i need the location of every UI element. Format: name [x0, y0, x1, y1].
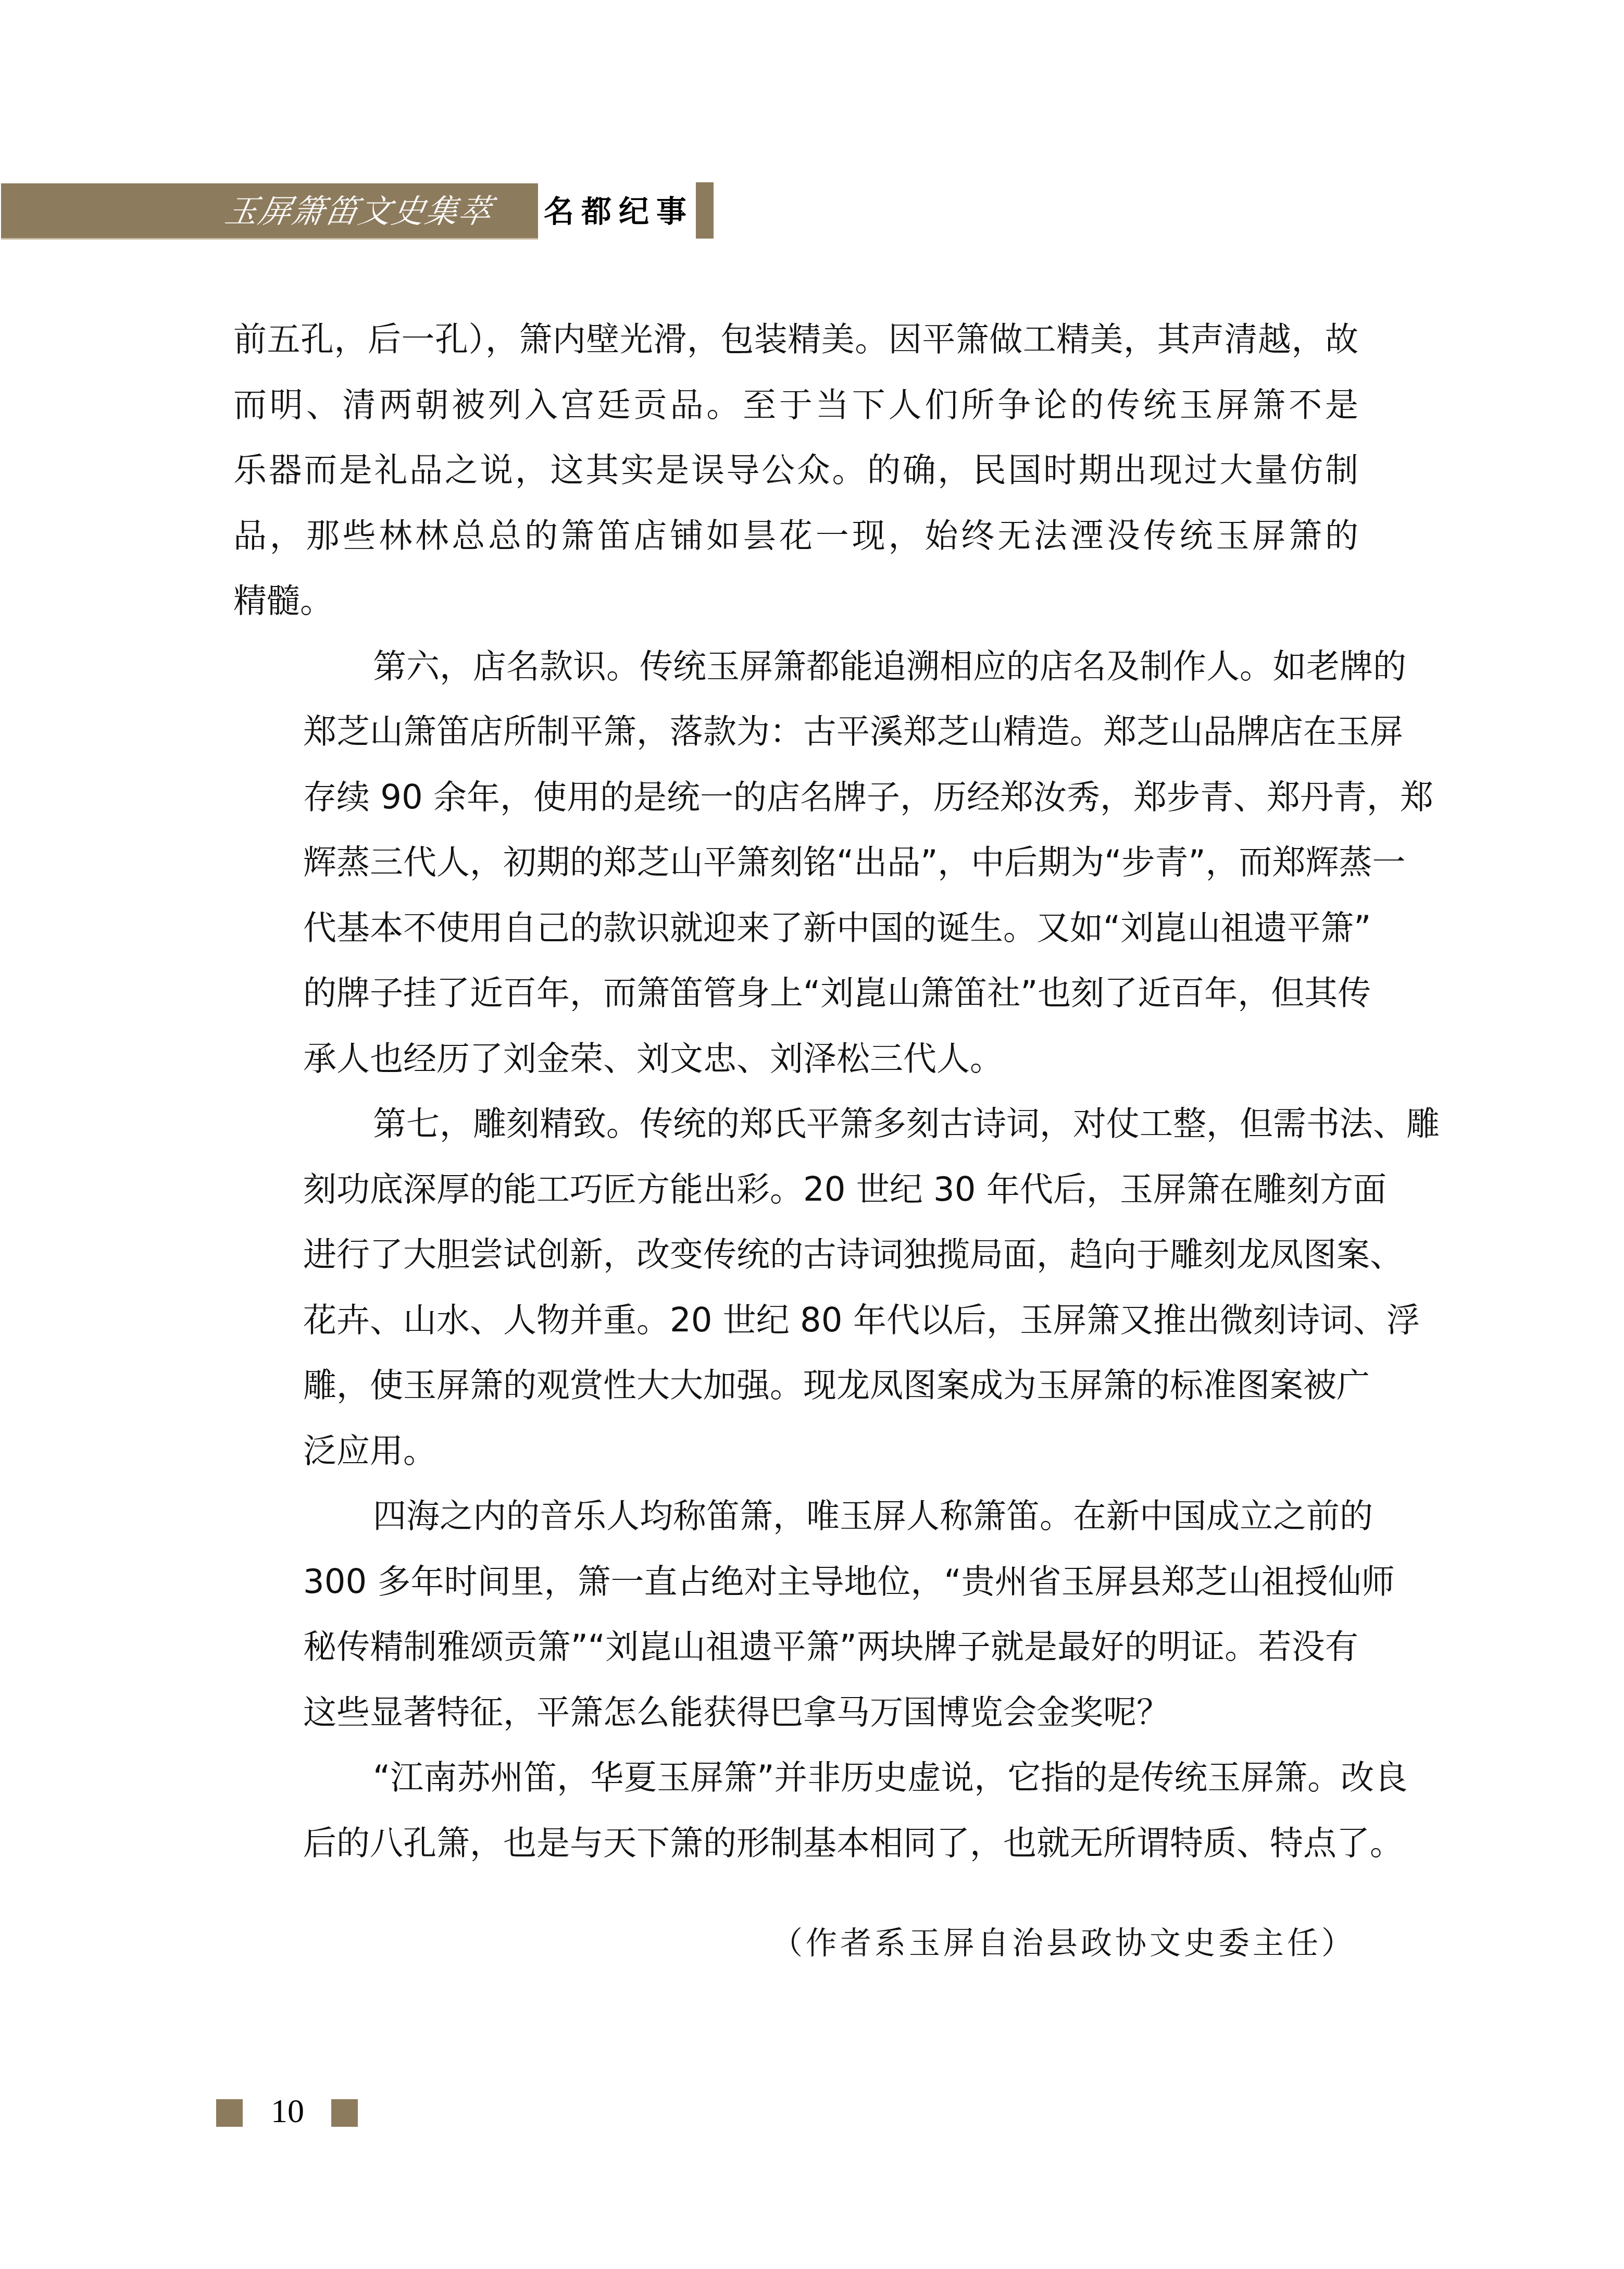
text-line: 四海之内的音乐人均称笛箫，唯玉屏人称箫笛。在新中国成立之前的 [233, 1484, 1358, 1550]
page-number: 10 [260, 2093, 315, 2129]
text-line: 乐器而是礼品之说，这其实是误导公众。的确，民国时期出现过大量仿制 [233, 438, 1358, 504]
text-line: “江南苏州笛，华夏玉屏箫”并非历史虚说，它指的是传统玉屏箫。改良 [233, 1746, 1358, 1811]
author-note: （作者系玉屏自治县政协文史委主任） [771, 1911, 1356, 1976]
text-line: 这些显著特征，平箫怎么能获得巴拿马万国博览会金奖呢？ [233, 1680, 1358, 1746]
paragraph: 第六，店名款识。传统玉屏箫都能追溯相应的店名及制作人。如老牌的郑芝山箫笛店所制平… [233, 634, 1358, 1092]
running-header-bar: 玉屏箫笛文史集萃 [1, 183, 538, 240]
text-line: 秘传精制雅颂贡箫”“刘崑山祖遗平箫”两块牌子就是最好的明证。若没有 [233, 1615, 1358, 1680]
footer-square-right-icon [331, 2099, 358, 2127]
text-line: 承人也经历了刘金荣、刘文忠、刘泽松三代人。 [233, 1027, 1358, 1092]
text-line: 后的八孔箫，也是与天下箫的形制基本相同了，也就无所谓特质、特点了。 [233, 1811, 1358, 1877]
text-line: 而明、清两朝被列入宫廷贡品。至于当下人们所争论的传统玉屏箫不是 [233, 373, 1358, 439]
text-line: 泛应用。 [233, 1419, 1358, 1485]
text-line: 的牌子挂了近百年，而箫笛管身上“刘崑山箫笛社”也刻了近百年，但其传 [233, 961, 1358, 1027]
text-line: 花卉、山水、人物并重。20 世纪 80 年代以后，玉屏箫又推出微刻诗词、浮 [233, 1288, 1358, 1354]
paragraph: 第七，雕刻精致。传统的郑氏平箫多刻古诗词，对仗工整，但需书法、雕刻功底深厚的能工… [233, 1092, 1358, 1484]
text-line: 300 多年时间里，箫一直占绝对主导地位，“贵州省玉屏县郑芝山祖授仙师 [233, 1550, 1358, 1615]
paragraph: “江南苏州笛，华夏玉屏箫”并非历史虚说，它指的是传统玉屏箫。改良后的八孔箫，也是… [233, 1746, 1358, 1876]
text-line: 精髓。 [233, 569, 1358, 634]
header-tab-marker [696, 182, 714, 239]
text-line: 品，那些林林总总的箫笛店铺如昙花一现，始终无法湮没传统玉屏箫的 [233, 504, 1358, 569]
footer-square-left-icon [216, 2099, 243, 2127]
section-title: 名都纪事 [544, 185, 694, 238]
paragraph: 前五孔，后一孔），箫内壁光滑，包装精美。因平箫做工精美，其声清越，故而明、清两朝… [233, 307, 1358, 634]
text-line: 第七，雕刻精致。传统的郑氏平箫多刻古诗词，对仗工整，但需书法、雕 [233, 1092, 1358, 1157]
text-line: 刻功底深厚的能工巧匠方能出彩。20 世纪 30 年代后，玉屏箫在雕刻方面 [233, 1157, 1358, 1223]
series-title: 玉屏箫笛文史集萃 [222, 191, 496, 232]
text-line: 代基本不使用自己的款识就迎来了新中国的诞生。又如“刘崑山祖遗平箫” [233, 896, 1358, 962]
text-line: 存续 90 余年，使用的是统一的店名牌子，历经郑汝秀，郑步青、郑丹青，郑 [233, 765, 1358, 831]
text-line: 雕，使玉屏箫的观赏性大大加强。现龙凤图案成为玉屏箫的标准图案被广 [233, 1353, 1358, 1419]
paragraph: 四海之内的音乐人均称笛箫，唯玉屏人称箫笛。在新中国成立之前的300 多年时间里，… [233, 1484, 1358, 1746]
text-line: 前五孔，后一孔），箫内壁光滑，包装精美。因平箫做工精美，其声清越，故 [233, 307, 1358, 373]
article-body: 前五孔，后一孔），箫内壁光滑，包装精美。因平箫做工精美，其声清越，故而明、清两朝… [233, 307, 1358, 1876]
text-line: 郑芝山箫笛店所制平箫，落款为：古平溪郑芝山精造。郑芝山品牌店在玉屏 [233, 700, 1358, 765]
text-line: 辉蒸三代人，初期的郑芝山平箫刻铭“出品”，中后期为“步青”，而郑辉蒸一 [233, 830, 1358, 896]
text-line: 进行了大胆尝试创新，改变传统的古诗词独揽局面，趋向于雕刻龙凤图案、 [233, 1223, 1358, 1288]
text-line: 第六，店名款识。传统玉屏箫都能追溯相应的店名及制作人。如老牌的 [233, 634, 1358, 700]
